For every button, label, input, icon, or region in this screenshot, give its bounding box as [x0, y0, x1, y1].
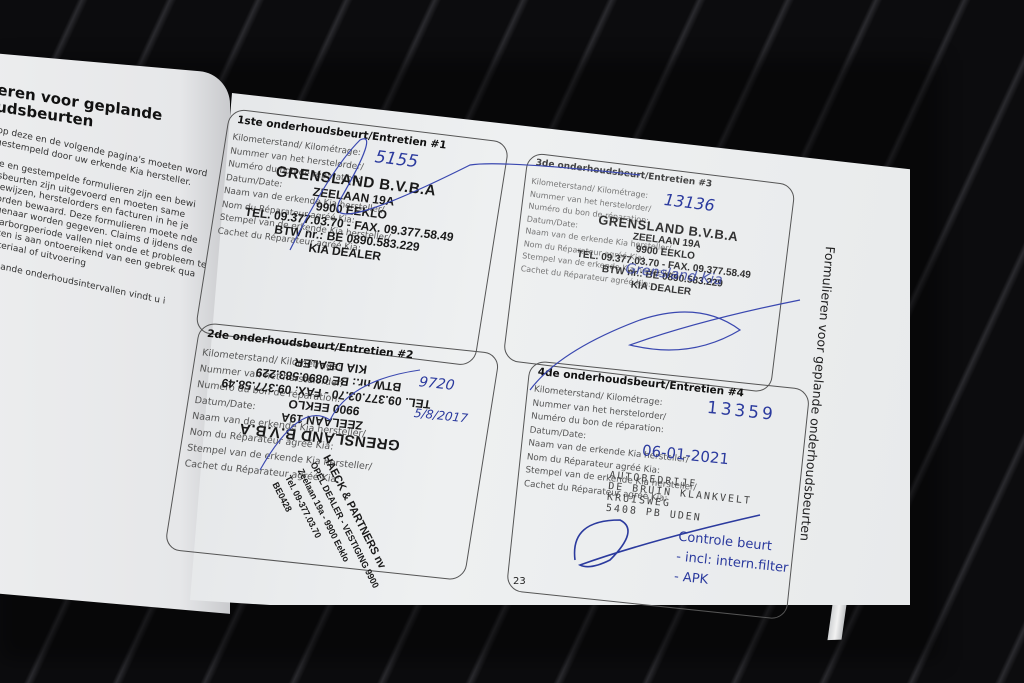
dealer-stamp: GRENSLAND B.V.B.A ZEELAAN 19A 9900 EEKLO…: [239, 160, 461, 272]
service-form-2: 2de onderhoudsbeurt/Entretien #2 Kilomet…: [164, 322, 500, 581]
service-form-4: 4de onderhoudsbeurt/Entretien #4 Kilomet…: [506, 360, 811, 620]
handwritten-notes: Controle beurt - incl: intern.filter - A…: [673, 528, 791, 599]
handwritten-km: 13359: [706, 398, 777, 425]
garage-stamp: AUTOBEDRIJF DE BRUIN KLANKVELT KRUISWEG …: [605, 470, 753, 529]
dealer-stamp: GRENSLAND B.V.B.A ZEELAAN 19A 9900 EEKLO…: [573, 210, 756, 306]
page-number: 23: [513, 576, 526, 587]
left-page-body: op deze en de volgende pagina's moeten w…: [0, 126, 226, 328]
service-form-3: 3de onderhoudsbeurt/Entretien #3 Kilomet…: [502, 152, 796, 393]
